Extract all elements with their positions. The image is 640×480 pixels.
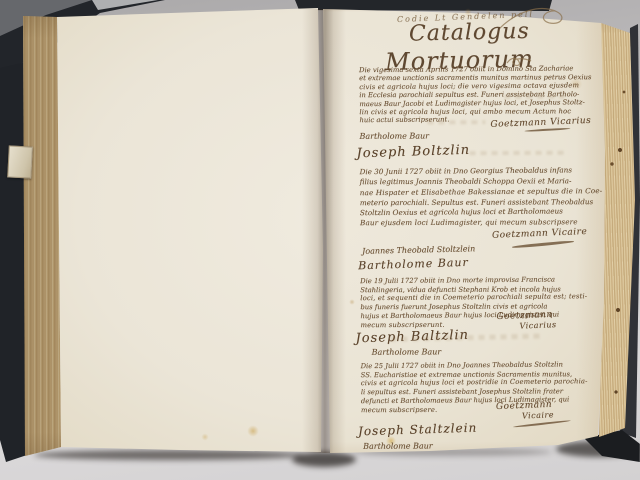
witness-signature: Bartholome Baur — [359, 131, 429, 140]
witness-big-signature: Joseph Staltzlein — [358, 421, 478, 439]
entry-line: Stahlingeria, vidua defuncti Stephani Kr… — [360, 285, 576, 295]
witness-signature: Joannes Theobald Stoltzlein — [362, 244, 475, 256]
witness-signature: Bartholome Baur — [372, 347, 442, 356]
register-entry-2: Die 30 Junii 1727 obiit in Dno Georgius … — [360, 165, 577, 229]
bleed-through — [470, 151, 565, 155]
priest-signature-title: Vicaire — [522, 410, 554, 420]
priest-signature-title: Vicarius — [519, 320, 556, 330]
page-title-line1: Catalogus — [409, 19, 530, 47]
signature-flourish — [513, 420, 571, 428]
photo-open-burial-register: Codie Lt Gendelen pell Catalogus Mortuor… — [0, 0, 640, 480]
entry-line: Baur ejusdem loci Ludimagister, qui mecu… — [360, 218, 576, 229]
entry-line: meterio parochiali. Sepultus est. Funeri… — [360, 197, 576, 208]
witness-big-signature: Bartholome Baur — [358, 256, 469, 272]
entry-line: nae Hispater et Elisabethae Bakessianae … — [360, 186, 576, 198]
signature-flourish — [512, 240, 574, 248]
right-page-content: Codie Lt Gendelen pell Catalogus Mortuor… — [0, 0, 640, 480]
entry-line: SS. Eucharistiae et extremae unctionis S… — [361, 370, 577, 380]
entry-line: et extremae unctionis sacramentis munitu… — [359, 74, 575, 83]
priest-signature: Goetzmann Vicaire — [492, 227, 588, 241]
bleed-through — [427, 120, 485, 124]
entry-line: Die 19 Julii 1727 obiit in Dno morte imp… — [360, 275, 576, 286]
bleed-through — [504, 95, 564, 99]
entry-line: filius legitimus Joannis Theobaldi Schop… — [360, 177, 576, 188]
witness-signature: Bartholome Baur — [363, 441, 433, 450]
entry-line: lin civis et agricola hujus loci, qui am… — [359, 107, 575, 116]
witness-big-signature: Joseph Boltzlin — [356, 143, 470, 162]
entry-line: li sepultus est. Funeri assistebant Jose… — [361, 387, 577, 397]
entry-line: Die 25 Julii 1727 obiit in Dno Joannes T… — [361, 360, 577, 371]
